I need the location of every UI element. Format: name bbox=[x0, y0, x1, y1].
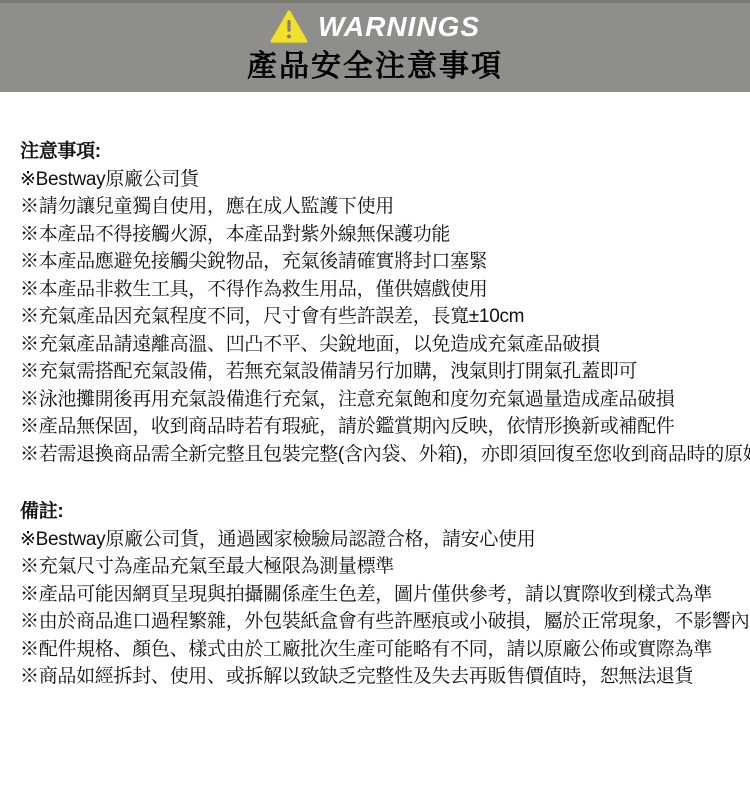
remark-item: ※由於商品進口過程繁雜，外包裝紙盒會有些許壓痕或小破損，屬於正常現象，不影響內容… bbox=[20, 608, 746, 636]
notice-item: ※產品無保固，收到商品時若有瑕疵，請於鑑賞期內反映，依情形換新或補配件 bbox=[20, 413, 746, 441]
warnings-header: WARNINGS 產品安全注意事項 bbox=[0, 0, 750, 92]
warnings-document: WARNINGS 產品安全注意事項 注意事項: ※Bestway原廠公司貨 ※請… bbox=[0, 0, 750, 797]
warnings-label: WARNINGS bbox=[318, 13, 480, 41]
warning-triangle-icon bbox=[270, 10, 308, 44]
remarks-section: 備註: ※Bestway原廠公司貨，通過國家檢驗局認證合格，請安心使用 ※充氣尺… bbox=[20, 498, 746, 691]
notice-item: ※泳池攤開後再用充氣設備進行充氣，注意充氣飽和度勿充氣過量造成產品破損 bbox=[20, 386, 746, 414]
notice-item: ※本產品非救生工具，不得作為救生用品，僅供嬉戲使用 bbox=[20, 276, 746, 304]
notice-item: ※若需退換商品需全新完整且包裝完整(含內袋、外箱)，亦即須回復至您收到商品時的原… bbox=[20, 441, 746, 469]
remarks-heading: 備註: bbox=[20, 498, 746, 526]
notice-heading: 注意事項: bbox=[20, 138, 746, 166]
notice-item: ※本產品應避免接觸尖銳物品，充氣後請確實將封口塞緊 bbox=[20, 248, 746, 276]
notice-item: ※充氣產品請遠離高溫、凹凸不平、尖銳地面，以免造成充氣產品破損 bbox=[20, 331, 746, 359]
notice-item: ※充氣產品因充氣程度不同，尺寸會有些許誤差，長寬±10cm bbox=[20, 303, 746, 331]
notice-section: 注意事項: ※Bestway原廠公司貨 ※請勿讓兒童獨自使用，應在成人監護下使用… bbox=[20, 138, 746, 468]
remark-item: ※商品如經拆封、使用、或拆解以致缺乏完整性及失去再販售價值時，恕無法退貨 bbox=[20, 663, 746, 691]
notice-item: ※本產品不得接觸火源，本產品對紫外線無保護功能 bbox=[20, 221, 746, 249]
page-title: 產品安全注意事項 bbox=[0, 49, 750, 85]
notice-item: ※充氣需搭配充氣設備，若無充氣設備請另行加購，洩氣則打開氣孔蓋即可 bbox=[20, 358, 746, 386]
remark-item: ※充氣尺寸為產品充氣至最大極限為測量標準 bbox=[20, 553, 746, 581]
remark-item: ※Bestway原廠公司貨，通過國家檢驗局認證合格，請安心使用 bbox=[20, 526, 746, 554]
notice-item: ※Bestway原廠公司貨 bbox=[20, 166, 746, 194]
warnings-row: WARNINGS bbox=[0, 3, 750, 46]
remark-item: ※產品可能因網頁呈現與拍攝關係產生色差，圖片僅供參考，請以實際收到樣式為準 bbox=[20, 581, 746, 609]
remark-item: ※配件規格、顏色、樣式由於工廠批次生產可能略有不同，請以原廠公佈或實際為準 bbox=[20, 636, 746, 664]
document-body: 注意事項: ※Bestway原廠公司貨 ※請勿讓兒童獨自使用，應在成人監護下使用… bbox=[0, 92, 750, 691]
notice-item: ※請勿讓兒童獨自使用，應在成人監護下使用 bbox=[20, 193, 746, 221]
